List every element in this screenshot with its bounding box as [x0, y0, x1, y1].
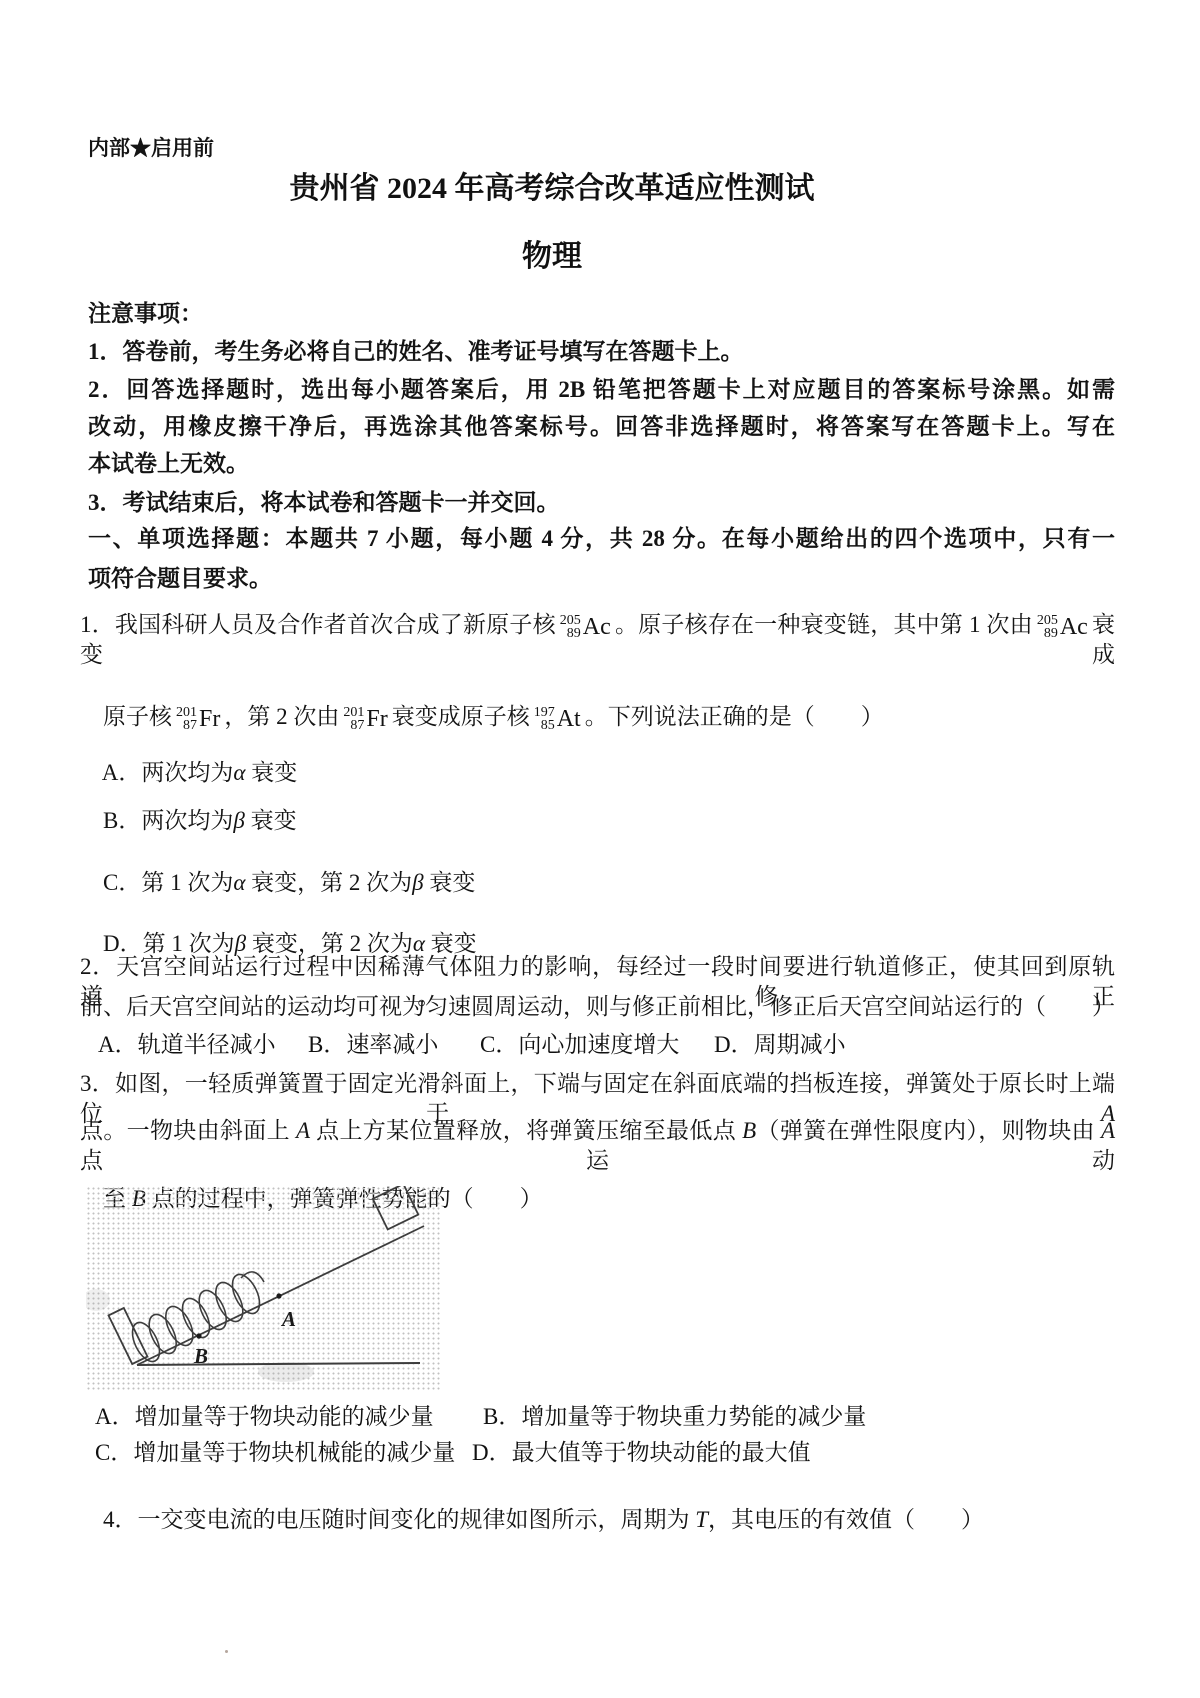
isotope-fr-numbers: 20187 [343, 706, 364, 732]
isotope-ac-symbol: Ac [583, 615, 611, 639]
isotope-ac-symbol: Ac [1060, 615, 1088, 639]
isotope-fr-symbol: Fr [366, 707, 387, 731]
subject-title: 物理 [0, 238, 1104, 276]
notice-item-2-line-1: 2．回答选择题时，选出每小题答案后，用 2B 铅笔把答题卡上对应题目的答案标号涂… [88, 375, 1115, 405]
q3-option-c: C．增加量等于物块机械能的减少量 [95, 1438, 455, 1468]
q1-text-5: ，第 2 次由 [224, 704, 339, 729]
notice-item-3: 3．考试结束后，将本试卷和答题卡一并交回。 [88, 488, 560, 518]
q1-text-2: 。原子核存在一种衰变链，其中第 1 次由 [615, 612, 1033, 637]
block [373, 1186, 418, 1229]
isotope-ac: 20589Ac [1037, 614, 1088, 640]
q2-option-d: D．周期减小 [714, 1030, 846, 1060]
q2-option-b: B．速率减小 [308, 1030, 438, 1060]
notice-heading: 注意事项： [88, 299, 203, 329]
period-t-var: T [695, 1507, 708, 1532]
q4-text-1: 4．一交变电流的电压随时间变化的规律如图所示，周期为 [103, 1507, 695, 1532]
question-1-line-1: 1．我国科研人员及合作者首次合成了新原子核20589Ac。原子核存在一种衰变链，… [80, 610, 1115, 670]
point-b-dot [196, 1333, 201, 1338]
q2-options-row: A．轨道半径减小 B．速率减小 C．向心加速度增大 D．周期减小 [80, 1030, 1115, 1060]
exam-paper-page: 内部★启用前 贵州省 2024 年高考综合改革适应性测试 物理 注意事项： 1．… [0, 0, 1200, 1698]
isotope-at-symbol: At [557, 707, 581, 731]
incline-spring-figure: A B [86, 1186, 440, 1390]
header-note: 内部★启用前 [88, 133, 214, 163]
q3-text-2: 点。一物块由斜面上 [80, 1118, 296, 1143]
isotope-ac-z: 89 [567, 627, 581, 640]
q1-text-1: 1．我国科研人员及合作者首次合成了新原子核 [80, 612, 556, 637]
beta-symbol: β [233, 808, 244, 833]
q3-text-4: （弹簧在弹性限度内），则物块由 [756, 1118, 1101, 1143]
q1-option-c-text: 第 1 次为 [141, 870, 233, 895]
point-b-var: B [742, 1118, 756, 1143]
q1-option-b-text: 两次均为 [141, 808, 233, 833]
isotope-fr: 20187Fr [343, 706, 387, 732]
q1-text-7: 。下列说法正确的是（ ） [585, 704, 884, 729]
notice-item-2-line-2: 改动，用橡皮擦干净后，再选涂其他答案标号。回答非选择题时，将答案写在答题卡上。写… [88, 412, 1115, 442]
isotope-at-z: 85 [541, 719, 555, 732]
q3-option-d: D．最大值等于物块动能的最大值 [472, 1438, 811, 1468]
ground-line [137, 1363, 420, 1365]
question-2-line-2: 前、后天宫空间站的运动均可视为匀速圆周运动，则与修正前相比，修正后天宫空间站运行… [80, 992, 1115, 1022]
isotope-fr-mass: 201 [343, 706, 364, 719]
q1-option-c-text-2: 衰变，第 2 次为 [245, 870, 412, 895]
q3-option-b: B．增加量等于物块重力势能的减少量 [483, 1402, 866, 1432]
section-1-heading-line-1: 一、单项选择题：本题共 7 小题，每小题 4 分，共 28 分。在每小题给出的四… [88, 524, 1115, 554]
notice-item-2-line-3: 本试卷上无效。 [88, 449, 249, 479]
spring-end-hook [241, 1272, 264, 1282]
question-4-line-1: 4．一交变电流的电压随时间变化的规律如图所示，周期为 T，其电压的有效值（ ） [80, 1475, 984, 1565]
q3-text-3: 点上方某位置释放，将弹簧压缩至最低点 [310, 1118, 742, 1143]
point-a-label: A [280, 1307, 296, 1331]
isotope-ac-numbers: 20589 [560, 614, 581, 640]
isotope-ac-z: 89 [1044, 627, 1058, 640]
section-1-heading-line-2: 项符合题目要求。 [88, 564, 272, 594]
isotope-ac-mass: 205 [1037, 614, 1058, 627]
point-a-dot [276, 1293, 281, 1298]
alpha-symbol: α [233, 870, 245, 895]
q1-text-6: 衰变成原子核 [392, 704, 530, 729]
point-a-var: A [296, 1118, 310, 1143]
q2-option-a: A．轨道半径减小 [98, 1030, 276, 1060]
q3-options-row-1: A．增加量等于物块动能的减少量 B．增加量等于物块重力势能的减少量 [80, 1402, 1115, 1432]
isotope-at-mass: 197 [534, 706, 555, 719]
q2-option-c: C．向心加速度增大 [480, 1030, 679, 1060]
point-a-var: A [1101, 1118, 1115, 1143]
q3-options-row-2: C．增加量等于物块机械能的减少量 D．最大值等于物块动能的最大值 [80, 1438, 1115, 1468]
isotope-fr-z: 87 [350, 719, 364, 732]
isotope-fr-mass: 201 [176, 706, 197, 719]
exam-title: 贵州省 2024 年高考综合改革适应性测试 [0, 170, 1104, 208]
incline-spring-diagram: A B [86, 1186, 440, 1390]
notice-item-1: 1．答卷前，考生务必将自己的姓名、准考证号填写在答题卡上。 [88, 337, 744, 367]
scan-artifact-dot [225, 1650, 228, 1653]
q1-option-c-text-3: 衰变 [424, 870, 476, 895]
print-smudge [86, 1289, 110, 1311]
q1-option-c-label: C． [103, 870, 141, 895]
isotope-at-numbers: 19785 [534, 706, 555, 732]
isotope-ac: 20589Ac [560, 614, 611, 640]
isotope-at: 19785At [534, 706, 581, 732]
isotope-ac-numbers: 20589 [1037, 614, 1058, 640]
q1-text-4: 原子核 [103, 704, 172, 729]
q1-option-b-label: B． [103, 808, 141, 833]
q3-option-a: A．增加量等于物块动能的减少量 [95, 1402, 434, 1432]
beta-symbol: β [412, 870, 423, 895]
isotope-ac-mass: 205 [560, 614, 581, 627]
q4-text-2: ，其电压的有效值（ ） [708, 1507, 984, 1532]
q1-option-b-text-2: 衰变 [245, 808, 297, 833]
point-b-label: B [193, 1344, 208, 1368]
